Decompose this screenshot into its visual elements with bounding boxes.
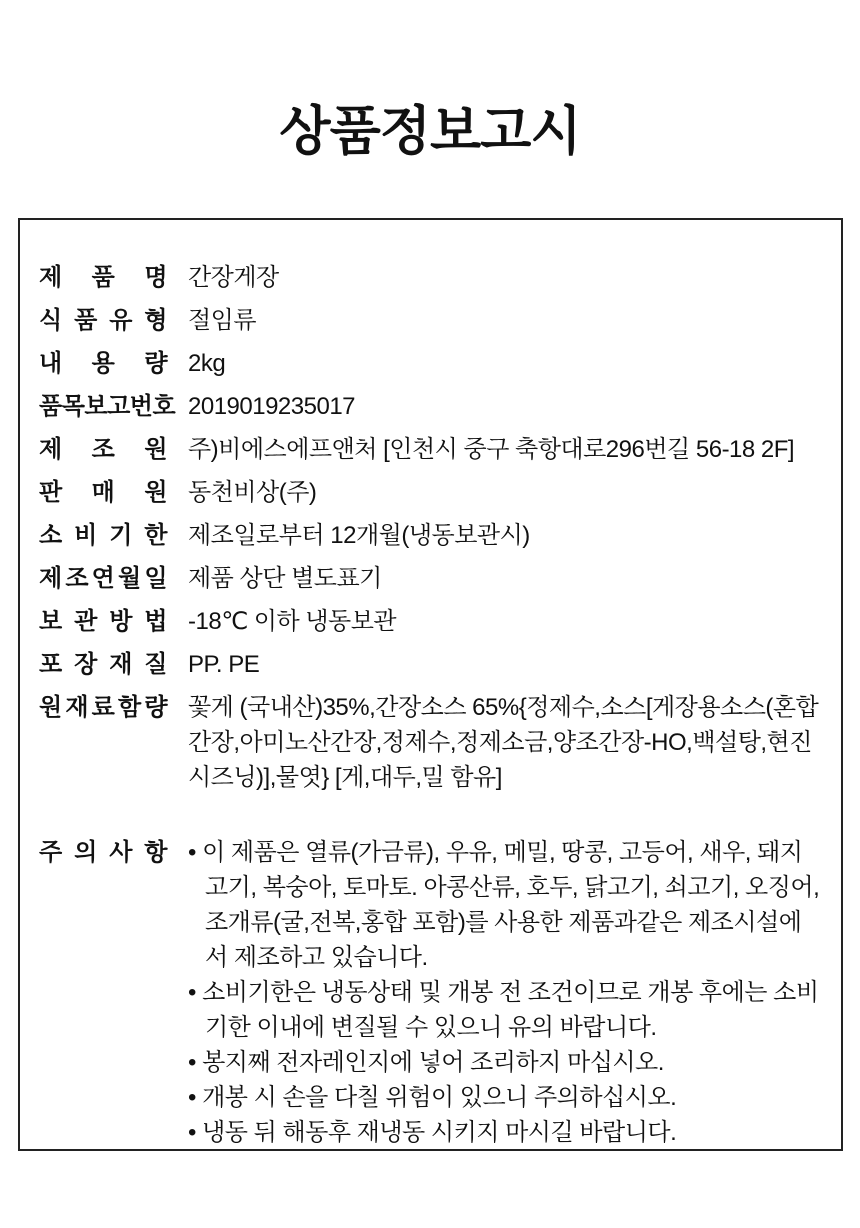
row-seller: 판매원 동천비상(주)	[39, 475, 823, 510]
row-label: 품목보고번호	[39, 389, 167, 424]
row-storage-method: 보관방법 -18℃ 이하 냉동보관	[39, 604, 823, 639]
row-label: 식품유형	[39, 303, 167, 338]
row-label: 내용량	[39, 346, 167, 381]
caution-item: 소비기한은 냉동상태 및 개봉 전 조건이므로 개봉 후에는 소비기한 이내에 …	[188, 975, 823, 1045]
row-value: -18℃ 이하 냉동보관	[188, 604, 823, 639]
row-ingredients: 원재료함량 꽃게 (국내산)35%,간장소스 65%{정제수,소스[게장용소스(…	[39, 690, 823, 795]
row-label: 원재료함량	[39, 690, 167, 725]
cautions-list: 이 제품은 열류(가금류), 우유, 메밀, 땅콩, 고등어, 새우, 돼지고기…	[188, 835, 823, 1151]
row-value: 동천비상(주)	[188, 475, 823, 510]
row-value: 2019019235017	[188, 389, 823, 424]
caution-item: 이 제품은 열류(가금류), 우유, 메밀, 땅콩, 고등어, 새우, 돼지고기…	[188, 835, 823, 975]
row-label: 보관방법	[39, 604, 167, 639]
row-value: PP. PE	[188, 647, 823, 682]
row-value: 간장게장	[188, 260, 823, 295]
row-manufacture-date: 제조연월일 제품 상단 별도표기	[39, 561, 823, 596]
caution-item: 냉동 뒤 해동후 재냉동 시키지 마시길 바랍니다.	[188, 1115, 823, 1150]
row-label: 판매원	[39, 475, 167, 510]
row-report-number: 품목보고번호 2019019235017	[39, 389, 823, 424]
row-net-weight: 내용량 2kg	[39, 346, 823, 381]
row-label: 주의사항	[39, 835, 167, 870]
row-value: 꽃게 (국내산)35%,간장소스 65%{정제수,소스[게장용소스(혼합간장,아…	[188, 690, 823, 795]
row-product-name: 제품명 간장게장	[39, 260, 823, 295]
row-manufacturer: 제조원 주)비에스에프앤처 [인천시 중구 축항대로296번길 56-18 2F…	[39, 432, 823, 467]
row-label: 제조원	[39, 432, 167, 467]
caution-item: 봉지째 전자레인지에 넣어 조리하지 마십시오.	[188, 1045, 823, 1080]
row-value: 2kg	[188, 346, 823, 381]
row-label: 제조연월일	[39, 561, 167, 596]
row-value: 제조일로부터 12개월(냉동보관시)	[188, 518, 823, 553]
row-value: 절임류	[188, 303, 823, 338]
row-value: 주)비에스에프앤처 [인천시 중구 축항대로296번길 56-18 2F]	[188, 432, 823, 467]
caution-item: 개봉 후 남은 제품은 변질의 우려가 있으니 가급적 빠른 섭취 권장.	[188, 1150, 823, 1151]
row-label: 포장재질	[39, 647, 167, 682]
row-label: 제품명	[39, 260, 167, 295]
product-info-table: 제품명 간장게장 식품유형 절임류 내용량 2kg 품목보고번호 2019019…	[18, 218, 843, 1151]
row-cautions: 주의사항 이 제품은 열류(가금류), 우유, 메밀, 땅콩, 고등어, 새우,…	[39, 835, 823, 1151]
caution-item: 개봉 시 손을 다칠 위험이 있으니 주의하십시오.	[188, 1080, 823, 1115]
row-shelf-life: 소비기한 제조일로부터 12개월(냉동보관시)	[39, 518, 823, 553]
row-packaging-material: 포장재질 PP. PE	[39, 647, 823, 682]
row-food-type: 식품유형 절임류	[39, 303, 823, 338]
row-label: 소비기한	[39, 518, 167, 553]
page-title: 상품정보고시	[0, 100, 860, 164]
row-value: 제품 상단 별도표기	[188, 561, 823, 596]
